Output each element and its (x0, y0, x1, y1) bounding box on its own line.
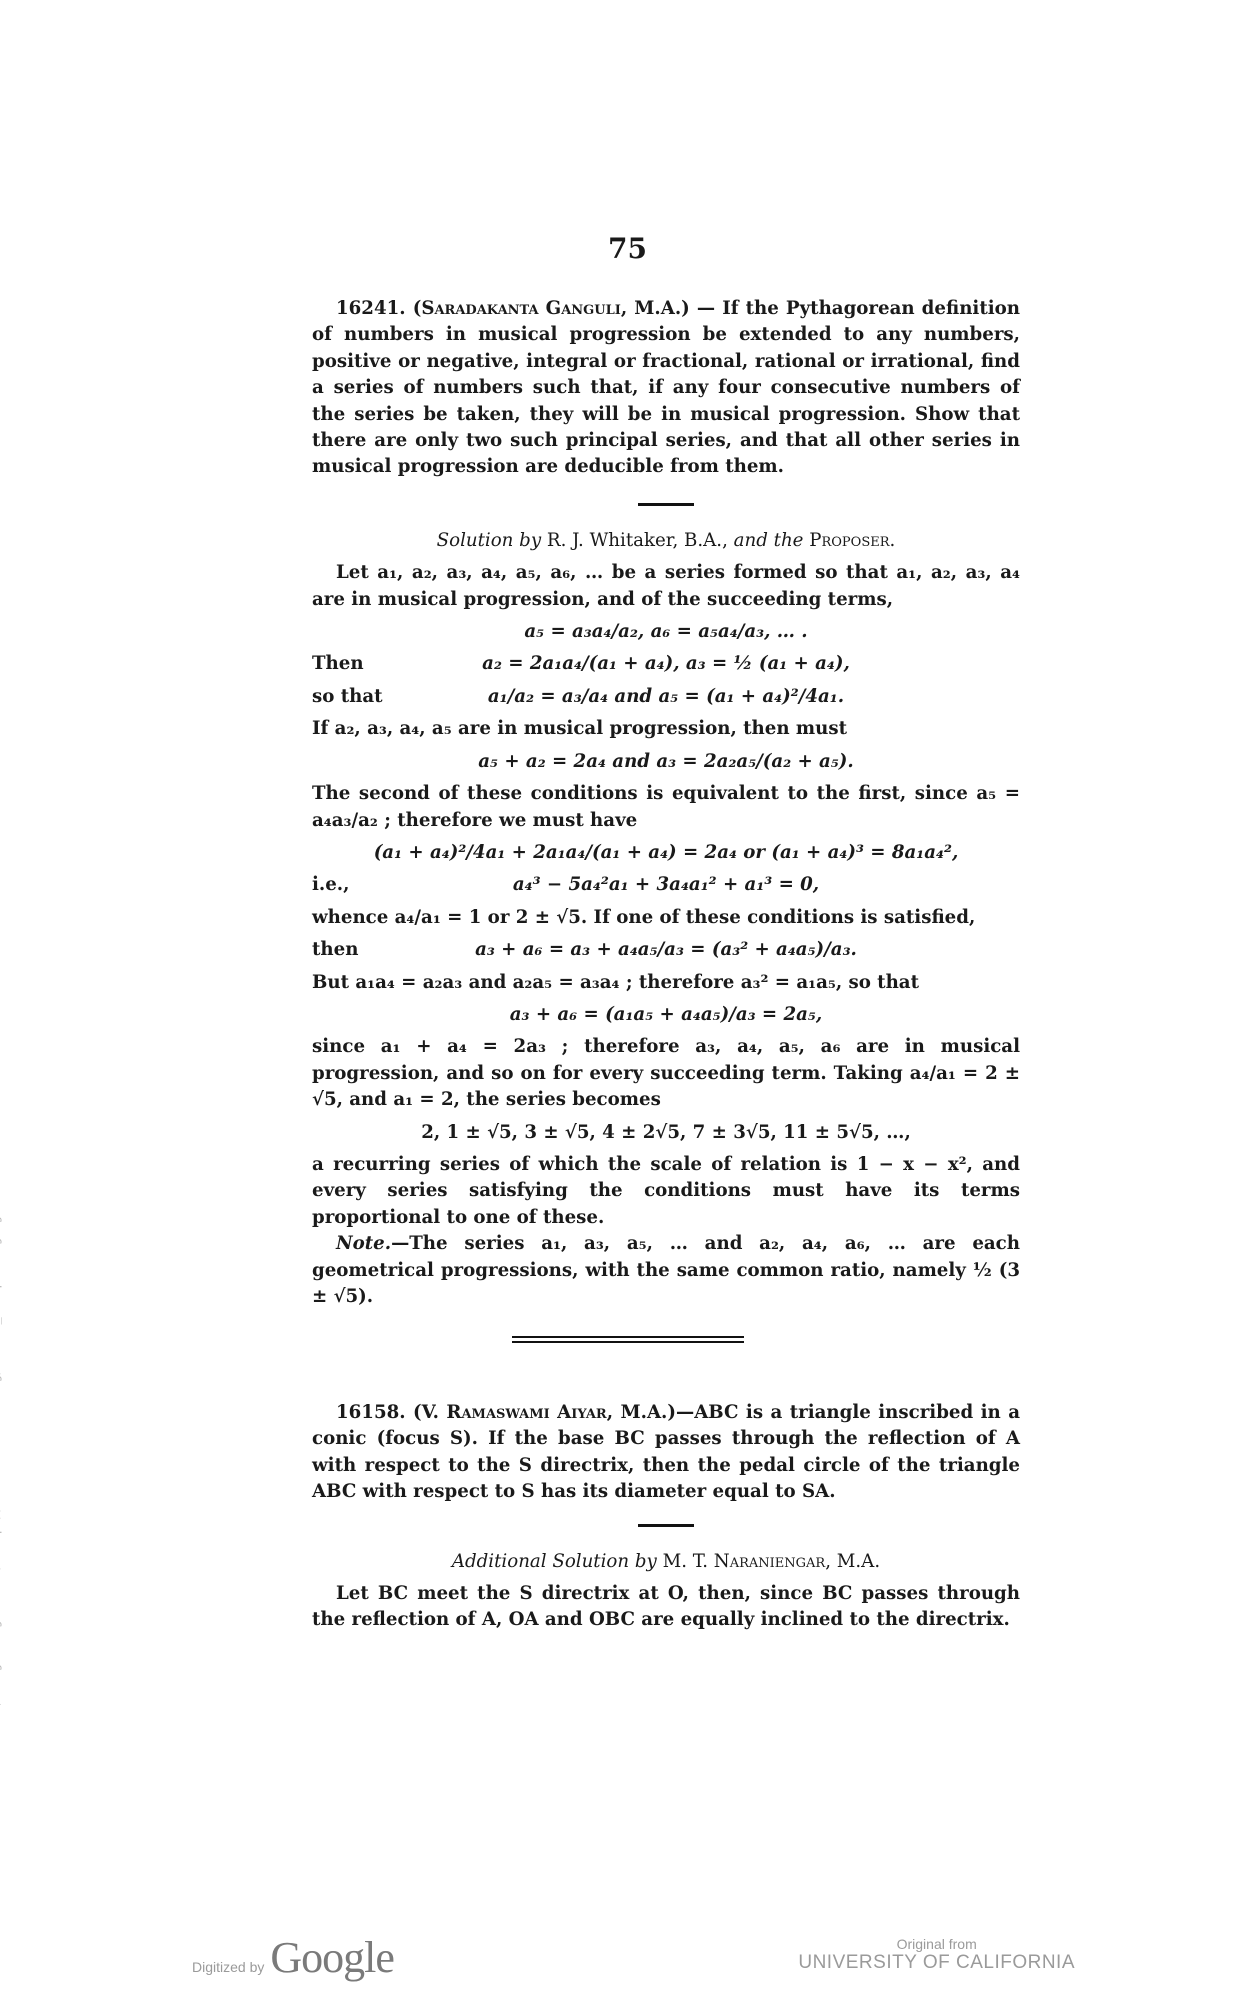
page-number: 75 (0, 232, 1255, 265)
note-label: Note. (336, 1233, 391, 1254)
solution-author: M. T. Naraniengar, M.A. (663, 1551, 881, 1572)
equation: (a₁ + a₄)²/4a₁ + 2a₁a₄/(a₁ + a₄) = 2a₄ o… (312, 840, 1020, 866)
note-paragraph: Note.—The series a₁, a₃, a₅, … and a₂, a… (312, 1231, 1020, 1310)
solution-paragraph: Let BC meet the S directrix at O, then, … (312, 1581, 1020, 1634)
problem-number: 16241. (336, 298, 406, 319)
watermark-line: Public Domain in the United States, Goog… (0, 953, 2, 1953)
solution-paragraph: since a₁ + a₄ = 2a₃ ; therefore a₃, a₄, … (312, 1034, 1020, 1113)
solution-proposer: Proposer. (809, 530, 895, 551)
problem-separator (0, 1336, 1255, 1346)
original-from: Original from UNIVERSITY OF CALIFORNIA (798, 1936, 1075, 1974)
solution-by-label: Additional Solution by (452, 1551, 657, 1572)
solution-paragraph: whence a₄/a₁ = 1 or 2 ± √5. If one of th… (312, 905, 1020, 931)
equation-label: so that (312, 684, 442, 710)
equation: a₁/a₂ = a₃/a₄ and a₅ = (a₁ + a₄)²/4a₁. (442, 684, 1020, 710)
original-from-label: Original from (798, 1936, 1075, 1952)
problem-16241: 16241. (Saradakanta Ganguli, M.A.) — If … (312, 296, 1020, 1310)
solution-paragraph: But a₁a₄ = a₂a₃ and a₂a₅ = a₃a₄ ; theref… (312, 970, 1020, 996)
google-logo-icon: Google (270, 1932, 394, 1983)
problem-author: (Saradakanta Ganguli, M.A.) (413, 298, 690, 319)
solution-paragraph: The second of these conditions is equiva… (312, 781, 1020, 834)
section-divider (638, 503, 694, 506)
note-text: —The series a₁, a₃, a₅, … and a₂, a₄, a₆… (312, 1233, 1020, 1307)
solution-and-label: and the (734, 530, 804, 551)
equation-label: Then (312, 651, 442, 677)
problem-author: (V. Ramaswami Aiyar, M.A.) (413, 1402, 676, 1423)
section-divider (638, 1524, 694, 1527)
problem-text: — If the Pythagorean definition of numbe… (312, 298, 1020, 477)
problem-statement: 16241. (Saradakanta Ganguli, M.A.) — If … (312, 296, 1020, 481)
double-rule (512, 1336, 744, 1343)
solution-paragraph: If a₂, a₃, a₄, a₅ are in musical progres… (312, 716, 1020, 742)
solution-paragraph: Let a₁, a₂, a₃, a₄, a₅, a₆, … be a serie… (312, 560, 1020, 613)
equation: a₄³ − 5a₄²a₁ + 3a₄a₁² + a₁³ = 0, (442, 872, 1020, 898)
equation: a₂ = 2a₁a₄/(a₁ + a₄), a₃ = ½ (a₁ + a₄), (442, 651, 1020, 677)
solution-author: R. J. Whitaker, B.A., (547, 530, 728, 551)
university-name: UNIVERSITY OF CALIFORNIA (798, 1952, 1075, 1974)
problem-16158: 16158. (V. Ramaswami Aiyar, M.A.)—ABC is… (312, 1400, 1020, 1634)
digitized-by-label: Digitized by (192, 1959, 264, 1975)
equation-label: i.e., (312, 872, 442, 898)
equation-labeled: i.e., a₄³ − 5a₄²a₁ + 3a₄a₁² + a₁³ = 0, (312, 872, 1020, 898)
equation-labeled: Then a₂ = 2a₁a₄/(a₁ + a₄), a₃ = ½ (a₁ + … (312, 651, 1020, 677)
solution-heading: Solution by R. J. Whitaker, B.A., and th… (312, 528, 1020, 554)
problem-statement: 16158. (V. Ramaswami Aiyar, M.A.)—ABC is… (312, 1400, 1020, 1506)
equation: a₅ + a₂ = 2a₄ and a₃ = 2a₂a₅/(a₂ + a₅). (312, 749, 1020, 775)
equation: a₅ = a₃a₄/a₂, a₆ = a₅a₄/a₃, … . (312, 619, 1020, 645)
equation: a₃ + a₆ = (a₁a₅ + a₄a₅)/a₃ = 2a₅, (312, 1002, 1020, 1028)
hathitrust-watermark: Generated at University of Chicago on 20… (0, 953, 2, 1953)
problem-number: 16158. (336, 1402, 406, 1423)
equation-labeled: then a₃ + a₆ = a₃ + a₄a₅/a₃ = (a₃² + a₄a… (312, 937, 1020, 963)
equation-label: then (312, 937, 442, 963)
solution-heading: Additional Solution by M. T. Naraniengar… (312, 1549, 1020, 1575)
series-equation: 2, 1 ± √5, 3 ± √5, 4 ± 2√5, 7 ± 3√5, 11 … (312, 1120, 1020, 1146)
equation: a₃ + a₆ = a₃ + a₄a₅/a₃ = (a₃² + a₄a₅)/a₃… (442, 937, 1020, 963)
equation-labeled: so that a₁/a₂ = a₃/a₄ and a₅ = (a₁ + a₄)… (312, 684, 1020, 710)
digitized-by-google: Digitized by Google (192, 1932, 394, 1983)
solution-paragraph: a recurring series of which the scale of… (312, 1152, 1020, 1231)
solution-by-label: Solution by (437, 530, 541, 551)
